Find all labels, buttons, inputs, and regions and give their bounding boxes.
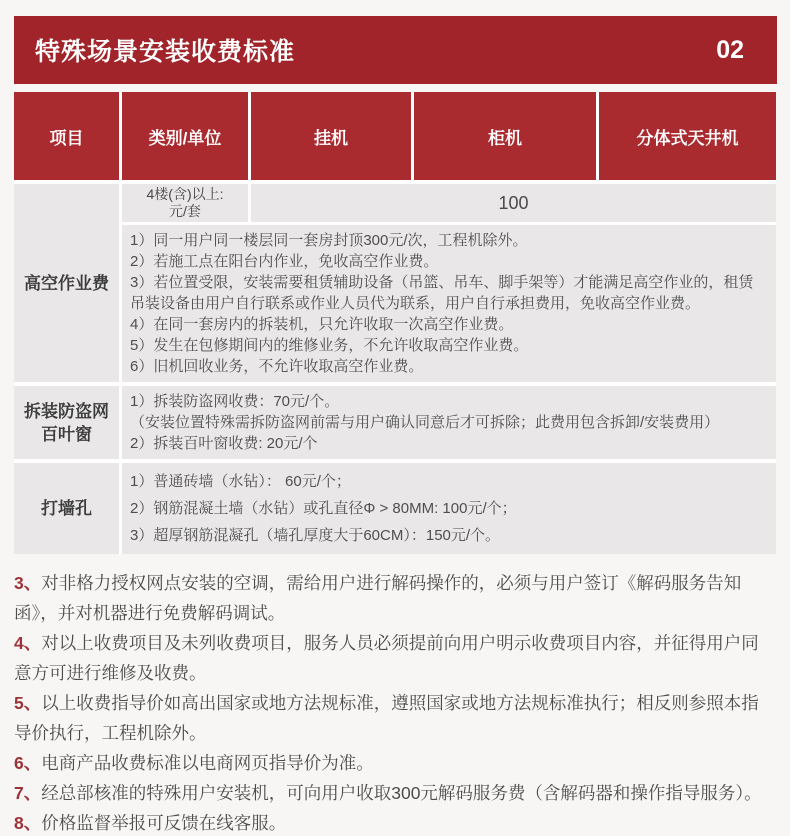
page-title: 特殊场景安装收费标准: [35, 32, 295, 68]
column-header-cabinet: 柜机: [414, 92, 596, 180]
note-line: （安装位置特殊需拆防盗网前需与用户确认同意后才可拆除；此费用包含拆卸/安装费用）: [130, 412, 768, 433]
note-line: 3）若位置受限，安装需要租赁辅助设备（吊篮、吊车、脚手架等）才能满足高空作业的，…: [130, 272, 768, 314]
table-row: 打墙孔 1）普通砖墙（水钻）： 60元/个； 2）钢筋混凝土墙（水钻）或孔直径Φ…: [14, 463, 776, 554]
note-line: 2）钢筋混凝土墙（水钻）或孔直径Φ > 80MM: 100元/个；: [130, 495, 768, 522]
note-line: 1）拆装防盗网收费：70元/个。: [130, 391, 768, 412]
row-label-wall-drilling: 打墙孔: [14, 463, 119, 554]
note-line: 5）发生在包修期间内的维修业务，不允许收取高空作业费。: [130, 335, 768, 356]
price-sub-row: 4楼(含)以上: 元/套 100: [122, 184, 776, 222]
footnote-number: 4、: [14, 633, 41, 653]
footnote-number: 5、: [14, 693, 41, 713]
footnotes-section: 3、对非格力授权网点安装的空调，需给用户进行解码操作的，必须与用户签订《解码服务…: [14, 568, 776, 836]
footnote-text: 对以上收费项目及未列收费项目，服务人员必须提前向用户明示收费项目内容，并征得用户…: [14, 633, 759, 683]
table-header-row: 项目 类别/单位 挂机 柜机 分体式天井机: [14, 92, 776, 180]
table-row: 拆装防盗网 百叶窗 1）拆装防盗网收费：70元/个。 （安装位置特殊需拆防盗网前…: [14, 386, 776, 459]
footnote-item: 7、经总部核准的特殊用户安装机，可向用户收取300元解码服务费（含解码器和操作指…: [14, 778, 776, 808]
footnote-number: 8、: [14, 813, 41, 833]
footnote-text: 价格监督举报可反馈在线客服。: [41, 813, 286, 833]
footnote-text: 以上收费指导价如高出国家或地方法规标准，遵照国家或地方法规标准执行；相反则参照本…: [14, 693, 759, 743]
footnote-number: 3、: [14, 573, 41, 593]
note-line: 3）超厚钢筋混凝孔（墙孔厚度大于60CM）：150元/个。: [130, 522, 768, 549]
page-number: 02: [716, 36, 744, 65]
note-line: 1）普通砖墙（水钻）： 60元/个；: [130, 468, 768, 495]
footnote-text: 经总部核准的特殊用户安装机，可向用户收取300元解码服务费（含解码器和操作指导服…: [41, 783, 761, 803]
column-header-split-ceiling: 分体式天井机: [599, 92, 776, 180]
note-line: 4）在同一套房内的拆装机，只允许收取一次高空作业费。: [130, 314, 768, 335]
title-bar: 特殊场景安装收费标准 02: [14, 16, 777, 84]
note-line: 6）旧机回收业务，不允许收取高空作业费。: [130, 356, 768, 377]
footnote-item: 4、对以上收费项目及未列收费项目，服务人员必须提前向用户明示收费项目内容，并征得…: [14, 628, 776, 688]
category-unit-cell: 4楼(含)以上: 元/套: [122, 184, 248, 222]
footnote-number: 7、: [14, 783, 41, 803]
column-header-item: 项目: [14, 92, 119, 180]
row-label-security-net-blinds: 拆装防盗网 百叶窗: [14, 386, 119, 459]
footnote-number: 6、: [14, 753, 41, 773]
notes-cell: 1）同一用户同一楼层同一套房封顶300元/次，工程机除外。 2）若施工点在阳台内…: [122, 225, 776, 382]
footnote-item: 8、价格监督举报可反馈在线客服。: [14, 808, 776, 836]
table-row: 高空作业费 4楼(含)以上: 元/套 100 1）同一用户同一楼层同一套房封顶3…: [14, 184, 776, 382]
note-line: 2）拆装百叶窗收费: 20元/个: [130, 433, 768, 454]
notes-cell: 1）普通砖墙（水钻）： 60元/个； 2）钢筋混凝土墙（水钻）或孔直径Φ > 8…: [122, 463, 776, 554]
note-line: 2）若施工点在阳台内作业，免收高空作业费。: [130, 251, 768, 272]
column-header-category-unit: 类别/单位: [122, 92, 248, 180]
fee-table: 项目 类别/单位 挂机 柜机 分体式天井机 高空作业费 4楼(含)以上: 元/套…: [14, 92, 776, 554]
fee-standard-page: 特殊场景安装收费标准 02 项目 类别/单位 挂机 柜机 分体式天井机 高空作业…: [0, 0, 790, 836]
footnote-item: 5、以上收费指导价如高出国家或地方法规标准，遵照国家或地方法规标准执行；相反则参…: [14, 688, 776, 748]
merged-price-cell: 100: [251, 184, 776, 222]
row-label-high-altitude-fee: 高空作业费: [14, 184, 119, 382]
footnote-item: 6、电商产品收费标准以电商网页指导价为准。: [14, 748, 776, 778]
column-header-wall-mounted: 挂机: [251, 92, 411, 180]
footnote-text: 电商产品收费标准以电商网页指导价为准。: [41, 753, 374, 773]
notes-cell: 1）拆装防盗网收费：70元/个。 （安装位置特殊需拆防盗网前需与用户确认同意后才…: [122, 386, 776, 459]
footnote-item: 3、对非格力授权网点安装的空调，需给用户进行解码操作的，必须与用户签订《解码服务…: [14, 568, 776, 628]
footnote-text: 对非格力授权网点安装的空调，需给用户进行解码操作的，必须与用户签订《解码服务告知…: [14, 573, 741, 623]
note-line: 1）同一用户同一楼层同一套房封顶300元/次，工程机除外。: [130, 230, 768, 251]
